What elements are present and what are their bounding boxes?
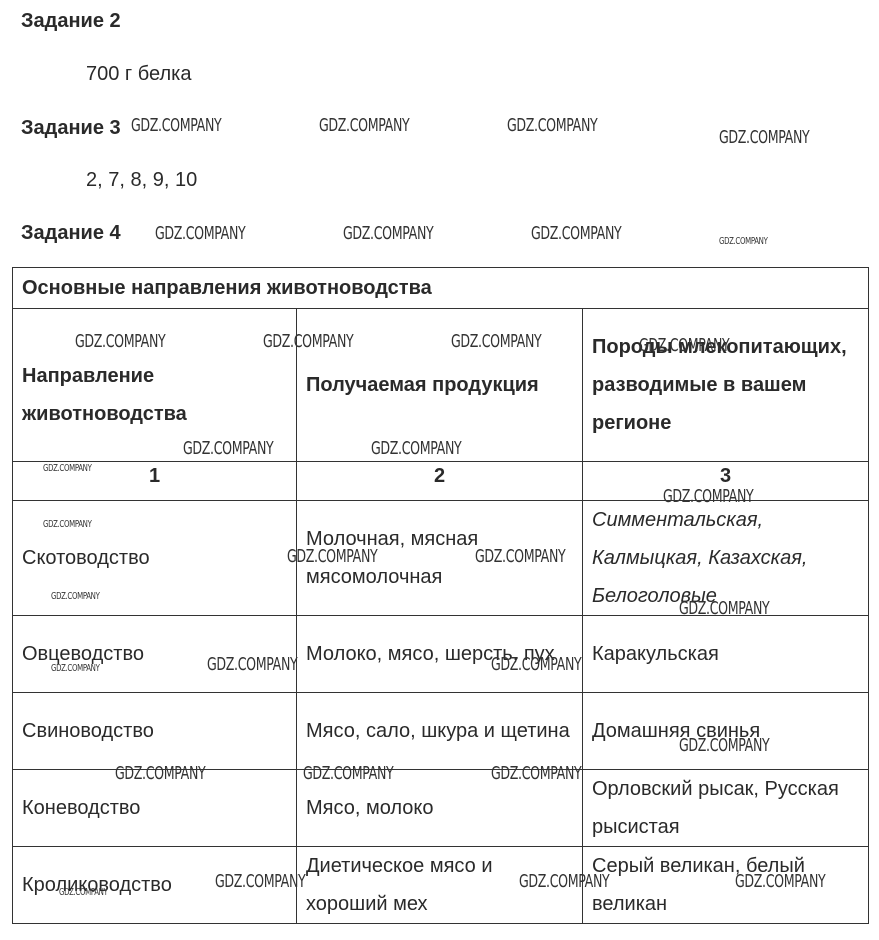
watermark: GDZ.COMPANY <box>287 546 377 567</box>
watermark: GDZ.COMPANY <box>507 115 597 136</box>
watermark: GDZ.COMPANY <box>59 887 107 898</box>
watermark: GDZ.COMPANY <box>155 223 245 244</box>
watermark: GDZ.COMPANY <box>51 663 99 674</box>
watermark: GDZ.COMPANY <box>475 546 565 567</box>
watermark: GDZ.COMPANY <box>43 519 91 530</box>
watermark: GDZ.COMPANY <box>131 115 221 136</box>
watermark: GDZ.COMPANY <box>679 735 769 756</box>
task-4-title: Задание 4 <box>21 222 121 245</box>
watermark: GDZ.COMPANY <box>519 871 609 892</box>
watermark: GDZ.COMPANY <box>663 486 753 507</box>
watermark: GDZ.COMPANY <box>719 127 809 148</box>
watermark: GDZ.COMPANY <box>491 654 581 675</box>
watermark: GDZ.COMPANY <box>531 223 621 244</box>
column-number-2: 2 <box>297 462 583 501</box>
watermark: GDZ.COMPANY <box>207 654 297 675</box>
task-3-title: Задание 3 <box>21 117 121 140</box>
watermark: GDZ.COMPANY <box>679 598 769 619</box>
watermark: GDZ.COMPANY <box>639 335 729 356</box>
watermark: GDZ.COMPANY <box>43 463 91 474</box>
table-row: Овцеводство Молоко, мясо, шерсть, пух Ка… <box>13 616 869 693</box>
watermark: GDZ.COMPANY <box>451 331 541 352</box>
watermark: GDZ.COMPANY <box>215 871 305 892</box>
watermark: GDZ.COMPANY <box>183 438 273 459</box>
cell-direction: Свиноводство <box>13 693 297 770</box>
header-breeds: Породы млекопитающих, разводимые в вашем… <box>583 309 869 462</box>
watermark: GDZ.COMPANY <box>263 331 353 352</box>
watermark: GDZ.COMPANY <box>491 763 581 784</box>
watermark: GDZ.COMPANY <box>51 591 99 602</box>
watermark: GDZ.COMPANY <box>719 236 767 247</box>
task-3-answer: 2, 7, 8, 9, 10 <box>86 169 197 192</box>
cell-breeds: Каракульская <box>583 616 869 693</box>
table-row: Свиноводство Мясо, сало, шкура и щетина … <box>13 693 869 770</box>
watermark: GDZ.COMPANY <box>371 438 461 459</box>
watermark: GDZ.COMPANY <box>319 115 409 136</box>
cell-breeds: Орловский рысак, Русская рысистая <box>583 770 869 847</box>
watermark: GDZ.COMPANY <box>303 763 393 784</box>
cell-breeds: Серый великан, белый великан <box>583 847 869 924</box>
watermark: GDZ.COMPANY <box>75 331 165 352</box>
livestock-table: Основные направления животноводства Напр… <box>12 267 869 924</box>
watermark: GDZ.COMPANY <box>115 763 205 784</box>
cell-products: Мясо, сало, шкура и щетина <box>297 693 583 770</box>
table-title: Основные направления животноводства <box>13 268 869 309</box>
task-2-title: Задание 2 <box>21 10 121 33</box>
task-2-answer: 700 г белка <box>86 63 191 86</box>
cell-breeds: Домашняя свинья <box>583 693 869 770</box>
watermark: GDZ.COMPANY <box>343 223 433 244</box>
watermark: GDZ.COMPANY <box>735 871 825 892</box>
